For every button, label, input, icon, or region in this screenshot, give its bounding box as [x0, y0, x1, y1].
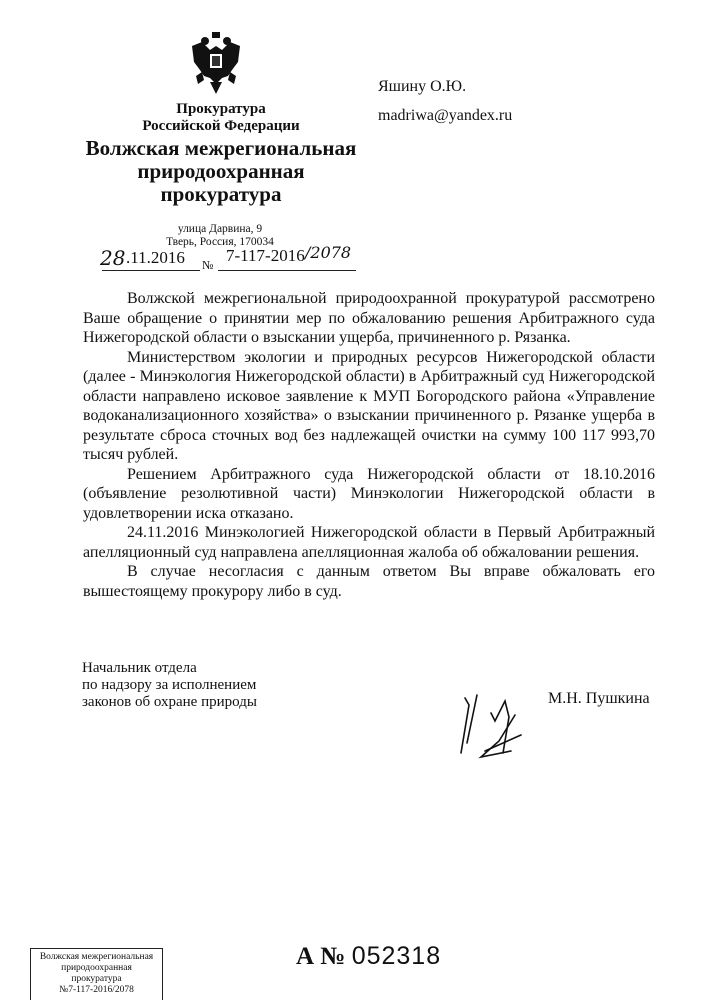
paragraph: Министерством экологии и природных ресур… [83, 348, 655, 465]
org-name-line: Волжская межрегиональная [80, 136, 362, 161]
recipient-email: madriwa@yandex.ru [378, 107, 512, 125]
paragraph: Решением Арбитражного суда Нижегородской… [83, 465, 655, 524]
number-sign: № [202, 258, 213, 273]
date-handwritten-day: 28 [100, 246, 125, 270]
registration-number-handwritten: /2078 [305, 243, 351, 262]
paragraph: 24.11.2016 Минэкологией Нижегородской об… [83, 523, 655, 562]
signatory-title-line: законов об охране природы [82, 694, 257, 711]
stamp-line: Волжская межрегиональная [31, 952, 162, 963]
handwritten-signature-icon [455, 693, 535, 763]
serial-prefix: А № [296, 943, 345, 970]
serial-number: 052318 [352, 942, 441, 970]
number-underline [218, 270, 356, 271]
org-name-line: природоохранная [80, 159, 362, 184]
paragraph: Волжской межрегиональной природоохранной… [83, 289, 655, 348]
org-name-line: прокуратура [80, 182, 362, 207]
stamp-line: прокуратура [31, 974, 162, 985]
org-name-line: Российской Федерации [80, 118, 362, 135]
date-printed: .11.2016 [126, 248, 185, 268]
address-line: улица Дарвина, 9 [100, 223, 340, 235]
date-underline [102, 270, 200, 271]
signatory-title-line: по надзору за исполнением [82, 677, 257, 694]
stamp-line: №7-117-2016/2078 [31, 985, 162, 996]
registration-stamp: Волжская межрегиональная природоохранная… [30, 948, 163, 1000]
paragraph: В случае несогласия с данным ответом Вы … [83, 562, 655, 601]
signatory-title: Начальник отдела по надзору за исполнени… [82, 660, 257, 711]
recipient-name: Яшину О.Ю. [378, 78, 466, 96]
stamp-line: природоохранная [31, 963, 162, 974]
signatory-title-line: Начальник отдела [82, 660, 257, 677]
coat-of-arms-icon [188, 32, 244, 94]
letter-body: Волжской межрегиональной природоохранной… [83, 289, 655, 601]
form-serial-number: А № 052318 [296, 942, 441, 971]
signatory-name: М.Н. Пушкина [548, 690, 650, 708]
org-name-line: Прокуратура [80, 101, 362, 118]
registration-number: 7-117-2016 [226, 246, 305, 266]
